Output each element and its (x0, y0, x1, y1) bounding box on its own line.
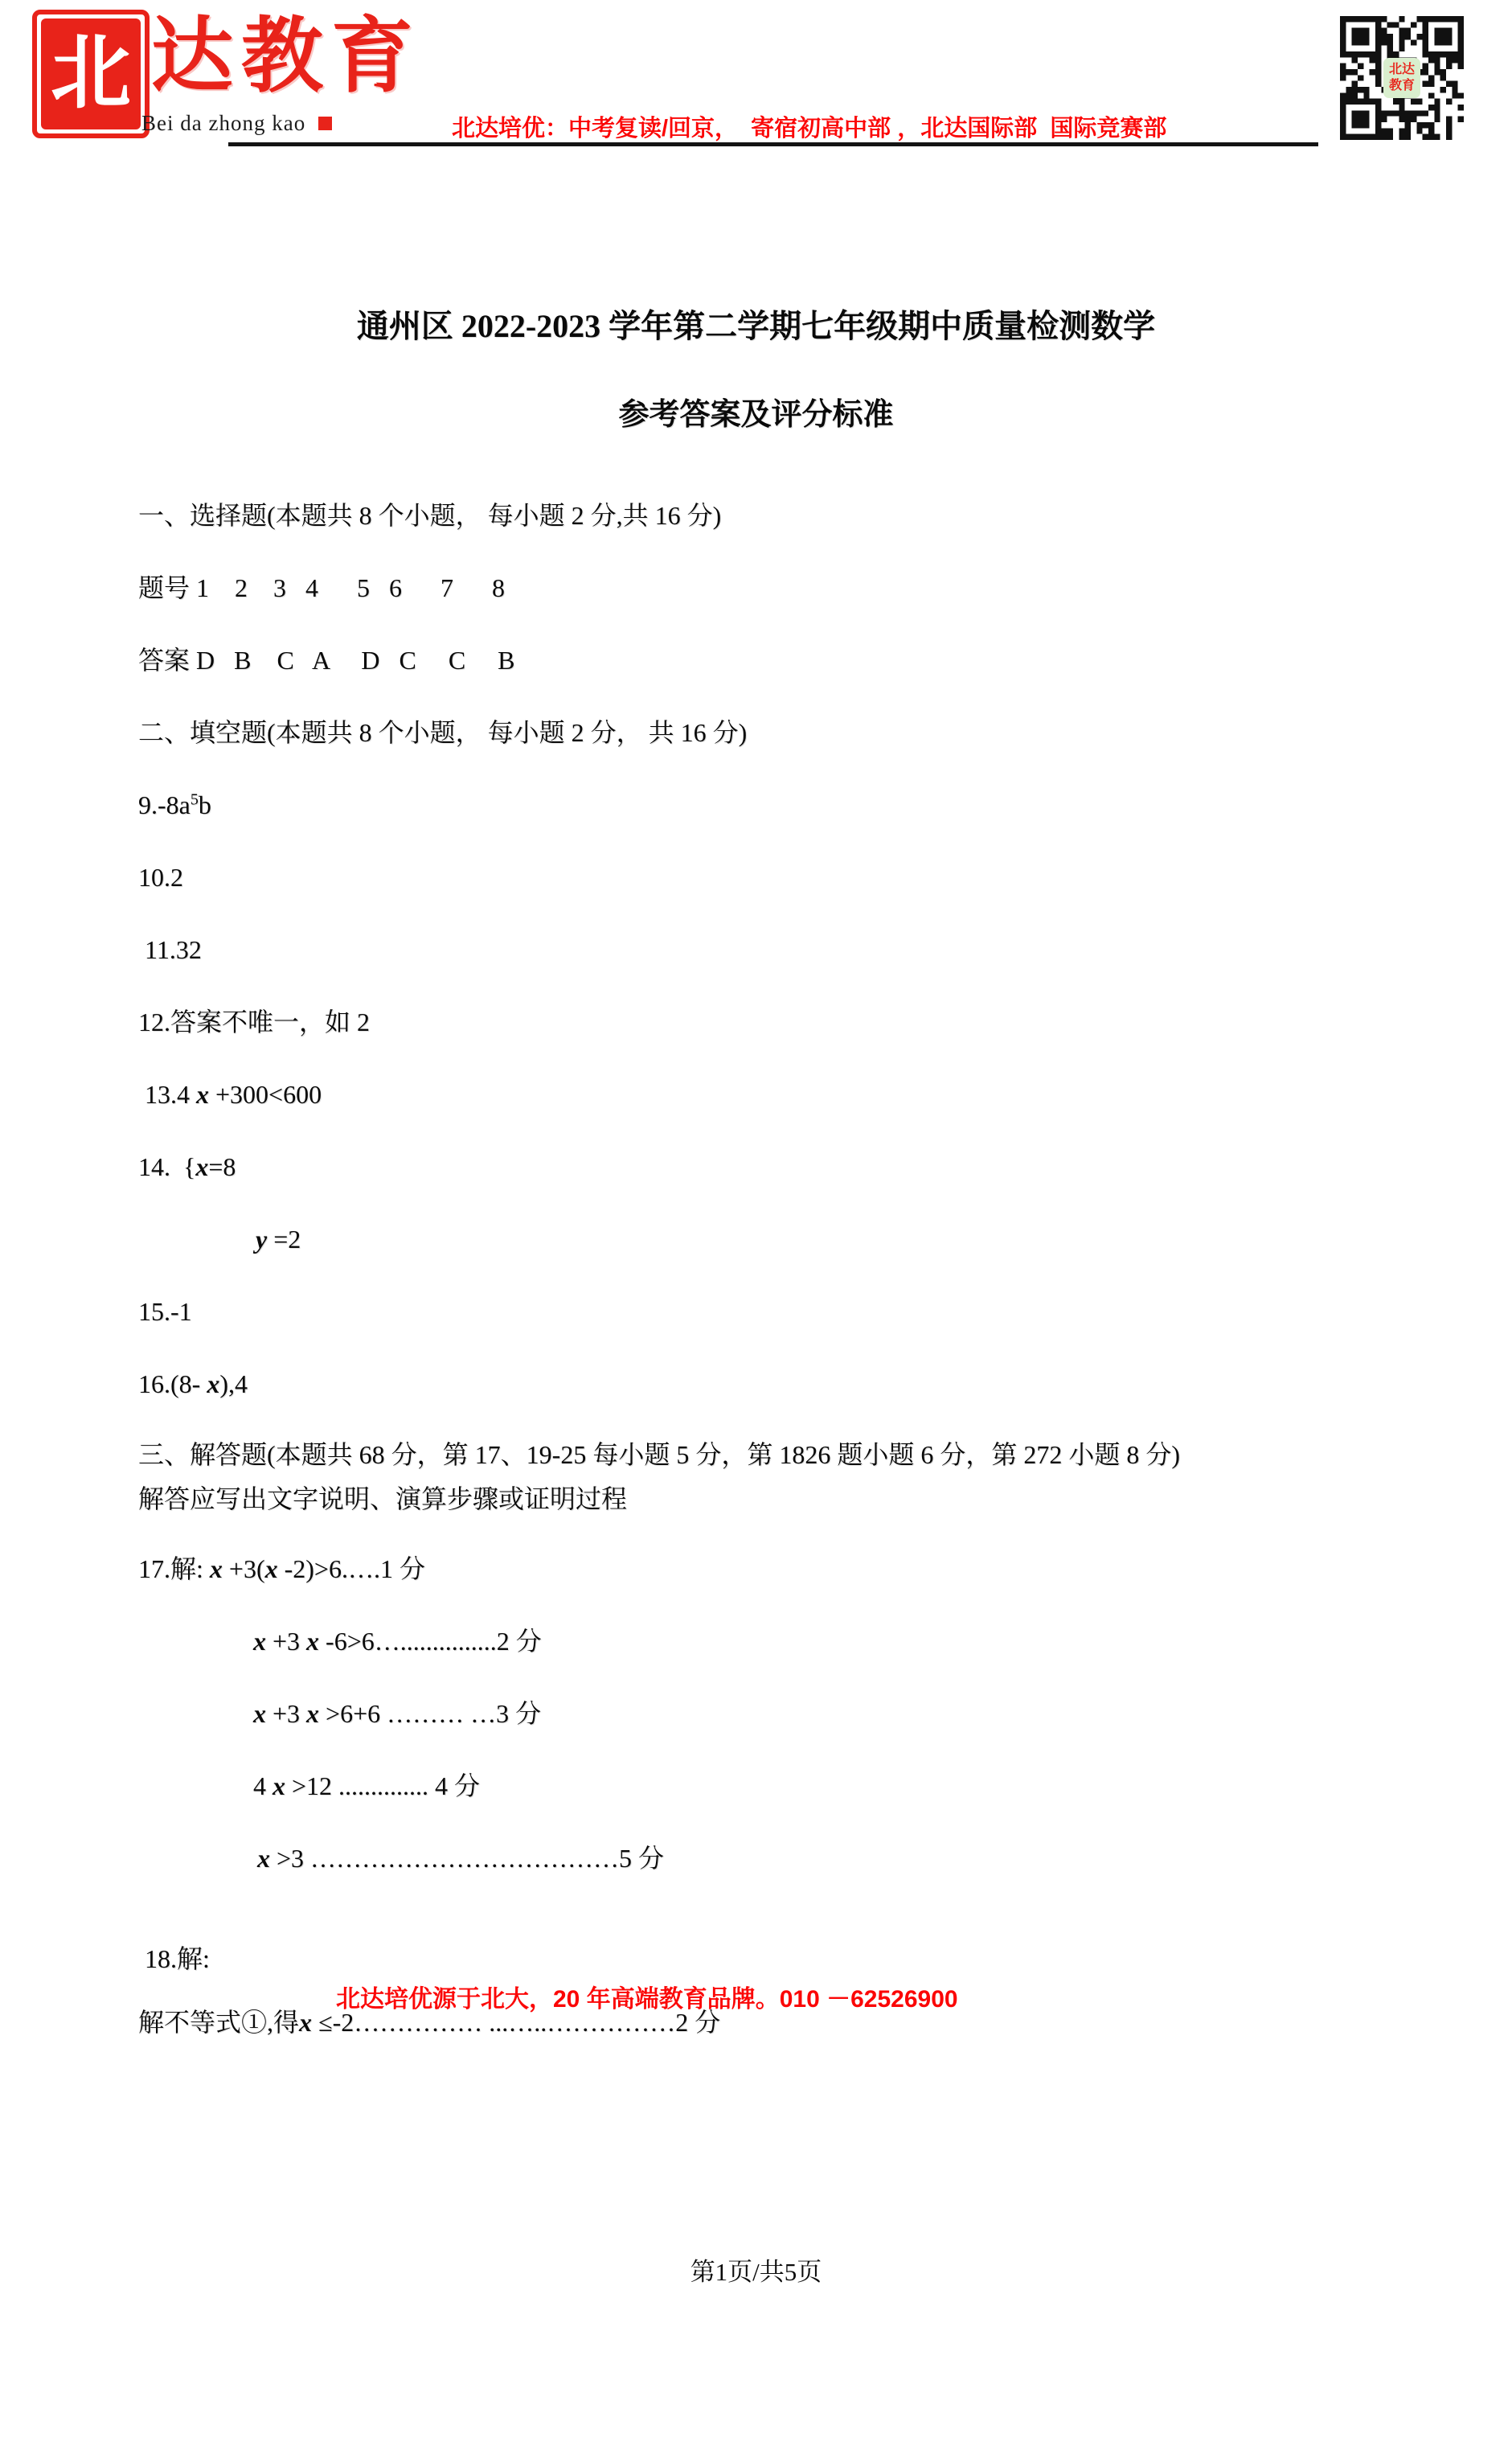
section3-header: 三、解答题(本题共 68 分，第 17、19-25 每小题 5 分，第 1826… (138, 1440, 1180, 1470)
seal-character: 北 (51, 34, 131, 114)
logo-tagline-row: Bei da zhong kao (141, 111, 332, 136)
answer-14-x: 14. {x=8 (138, 1152, 236, 1182)
brand-calligraphy: 达教育 (151, 6, 421, 109)
doc-subtitle: 参考答案及评分标准 (0, 398, 1512, 433)
document-page: 北 达教育 Bei da zhong kao 北达培优：中考复读/回京， 寄宿初… (0, 0, 1512, 2450)
q18-header: 18.解: (138, 1944, 210, 1974)
answer-14-y: y =2 (256, 1225, 301, 1254)
header-divider (228, 142, 1318, 146)
q17-step2: x +3 x -6>6…...............2 分 (253, 1627, 542, 1656)
red-square-icon (318, 117, 332, 130)
q18-step1: 解不等式①,得x ≤-2…………… ...…..……………2 分 (138, 2008, 720, 2038)
beida-seal-icon: 北 (32, 10, 150, 138)
choice-answers: 答案 D B C A D C C B (138, 646, 515, 675)
qr-badge-line1: 北达 (1389, 62, 1415, 78)
qr-code: 北达 教育 (1338, 16, 1465, 140)
logo-tagline: Bei da zhong kao (141, 111, 305, 136)
answer-16: 16.(8- x),4 (138, 1369, 248, 1399)
promo-banner: 北达培优：中考复读/回京， 寄宿初高中部 ，北达国际部 国际竞赛部 (452, 110, 1320, 143)
qr-badge-line2: 教育 (1389, 78, 1415, 94)
answer-11: 11.32 (138, 935, 202, 965)
q17-step4: 4 x >12 .............. 4 分 (253, 1771, 480, 1801)
q17-step1: 17.解: x +3(x -2)>6.….1 分 (138, 1554, 425, 1584)
seal-background: 北 (41, 18, 141, 129)
answer-15: 15.-1 (138, 1297, 192, 1327)
answer-12: 12.答案不唯一，如 2 (138, 1007, 370, 1037)
q17-step5: x >3 ………………………………5 分 (257, 1844, 664, 1873)
doc-title: 通州区 2022-2023 学年第二学期七年级期中质量检测数学 (0, 308, 1512, 345)
section1-header: 一、选择题(本题共 8 个小题， 每小题 2 分,共 16 分) (138, 501, 721, 531)
qr-center-badge: 北达 教育 (1383, 58, 1420, 98)
choice-question-numbers: 题号 1 2 3 4 5 6 7 8 (138, 573, 505, 603)
section3-note: 解答应写出文字说明、演算步骤或证明过程 (138, 1484, 627, 1514)
answer-9: 9.-8a5b (138, 790, 211, 820)
section2-header: 二、填空题(本题共 8 个小题， 每小题 2 分， 共 16 分) (138, 718, 747, 748)
q17-step3: x +3 x >6+6 ……… …3 分 (253, 1699, 541, 1729)
page-number: 第1页/共5页 (0, 2251, 1512, 2288)
answer-10: 10.2 (138, 863, 183, 893)
answer-13: 13.4 x +300<600 (138, 1080, 322, 1110)
